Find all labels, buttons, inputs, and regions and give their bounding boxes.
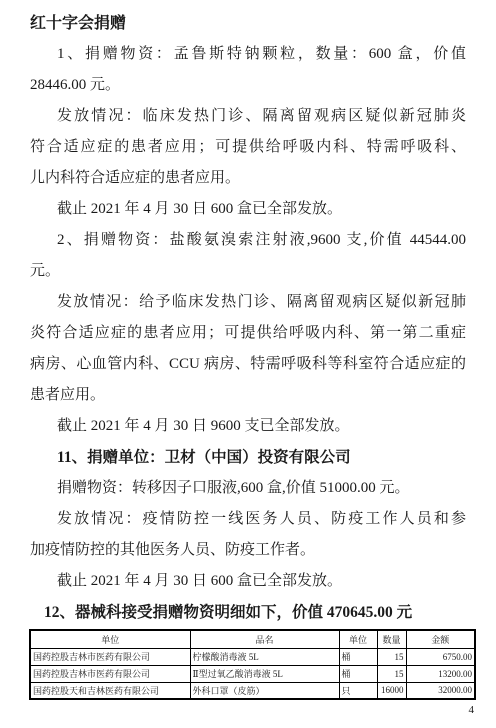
table-cell: 15 (377, 665, 406, 682)
text-line: 2、捐赠物资：盐酸氨溴索注射液,9600 支,价值 44544.00 (30, 225, 466, 256)
table-header-cell: 金额 (406, 630, 475, 648)
item1-deadline: 截止 2021 年 4 月 30 日 600 盒已全部发放。 (30, 194, 466, 225)
table-header-cell: 数量 (377, 630, 406, 648)
text-line: 病房、心血管内科、CCU 病房、特需呼吸科等科室符合适应症的 (30, 349, 466, 380)
item1-donated-goods: 1、捐赠物资：孟鲁斯特钠颗粒，数量：600 盒，价值28446.00 元。 (30, 39, 466, 101)
table-cell: 16000 (377, 682, 406, 699)
table-cell: 外科口罩（皮筋） (190, 682, 339, 699)
text-line: 截止 2021 年 4 月 30 日 600 盒已全部发放。 (30, 194, 466, 225)
text-line: 符合适应症的患者应用；可提供给呼吸内科、特需呼吸科、 (30, 132, 466, 163)
item2-donated-goods: 2、捐赠物资：盐酸氨溴索注射液,9600 支,价值 44544.00元。 (30, 225, 466, 287)
section11-distribution: 发放情况：疫情防控一线医务人员、防疫工作人员和参加疫情防控的其他医务人员、防疫工… (30, 504, 466, 566)
row-citric-disinfectant: 国药控股吉林市医药有限公司柠檬酸消毒液 5L桶156750.00 (30, 648, 475, 665)
text-line: 发放情况：给予临床发热门诊、隔离留观病区疑似新冠肺 (30, 287, 466, 318)
text-line: 儿内科符合适应症的患者应用。 (30, 163, 466, 194)
table-cell: 国药控股吉林市医药有限公司 (30, 665, 190, 682)
donation-table-head: 单位品名单位数量金额 (30, 630, 475, 648)
table-cell: 13200.00 (406, 665, 475, 682)
text-line: 11、捐赠单位：卫材（中国）投资有限公司 (30, 442, 466, 473)
table-cell: 6750.00 (406, 648, 475, 665)
document-page: 红十字会捐赠1、捐赠物资：孟鲁斯特钠颗粒，数量：600 盒，价值28446.00… (0, 0, 496, 728)
section11-deadline: 截止 2021 年 4 月 30 日 600 盒已全部发放。 (30, 566, 466, 597)
table-cell: 只 (339, 682, 377, 699)
text-line: 截止 2021 年 4 月 30 日 600 盒已全部发放。 (30, 566, 466, 597)
section12-heading: 12、器械科接受捐赠物资明细如下，价值 470645.00 元 (30, 597, 466, 628)
section11-donor: 11、捐赠单位：卫材（中国）投资有限公司 (30, 442, 466, 473)
text-line: 12、器械科接受捐赠物资明细如下，价值 470645.00 元 (30, 597, 466, 628)
text-line: 发放情况：疫情防控一线医务人员、防疫工作人员和参 (30, 504, 466, 535)
donation-table-body: 国药控股吉林市医药有限公司柠檬酸消毒液 5L桶156750.00国药控股吉林市医… (30, 648, 475, 699)
table-cell: 国药控股吉林市医药有限公司 (30, 648, 190, 665)
item1-distribution: 发放情况：临床发热门诊、隔离留观病区疑似新冠肺炎符合适应症的患者应用；可提供给呼… (30, 101, 466, 194)
text-line: 截止 2021 年 4 月 30 日 9600 支已全部发放。 (30, 411, 466, 442)
text-line: 28446.00 元。 (30, 70, 466, 101)
donation-table-wrap: 单位品名单位数量金额 国药控股吉林市医药有限公司柠檬酸消毒液 5L桶156750… (0, 629, 496, 700)
table-cell: 15 (377, 648, 406, 665)
table-cell: 桶 (339, 665, 377, 682)
text-line: 发放情况：临床发热门诊、隔离留观病区疑似新冠肺炎 (30, 101, 466, 132)
red-cross-heading: 红十字会捐赠 (30, 8, 466, 39)
text-line: 加疫情防控的其他医务人员、防疫工作者。 (30, 535, 466, 566)
text-line: 患者应用。 (30, 380, 466, 411)
item2-distribution: 发放情况：给予临床发热门诊、隔离留观病区疑似新冠肺炎符合适应症的患者应用；可提供… (30, 287, 466, 411)
row-peracetic-disinfectant: 国药控股吉林市医药有限公司Ⅱ型过氧乙酸消毒液 5L桶1513200.00 (30, 665, 475, 682)
donation-table: 单位品名单位数量金额 国药控股吉林市医药有限公司柠檬酸消毒液 5L桶156750… (29, 629, 476, 700)
text-line: 元。 (30, 256, 466, 287)
table-cell: 柠檬酸消毒液 5L (190, 648, 339, 665)
table-cell: Ⅱ型过氧乙酸消毒液 5L (190, 665, 339, 682)
table-cell: 桶 (339, 648, 377, 665)
item2-deadline: 截止 2021 年 4 月 30 日 9600 支已全部发放。 (30, 411, 466, 442)
text-line: 捐赠物资：转移因子口服液,600 盒,价值 51000.00 元。 (30, 473, 466, 504)
section11-goods: 捐赠物资：转移因子口服液,600 盒,价值 51000.00 元。 (30, 473, 466, 504)
page-number: 4 (0, 703, 496, 717)
text-line: 1、捐赠物资：孟鲁斯特钠颗粒，数量：600 盒，价值 (30, 39, 466, 70)
table-header-row: 单位品名单位数量金额 (30, 630, 475, 648)
table-header-cell: 单位 (339, 630, 377, 648)
table-header-cell: 品名 (190, 630, 339, 648)
table-header-cell: 单位 (30, 630, 190, 648)
document-body: 红十字会捐赠1、捐赠物资：孟鲁斯特钠颗粒，数量：600 盒，价值28446.00… (0, 0, 496, 628)
table-cell: 32000.00 (406, 682, 475, 699)
table-cell: 国药控股天和吉林医药有限公司 (30, 682, 190, 699)
text-line: 炎符合适应症的患者应用；可提供给呼吸内科、第一第二重症 (30, 318, 466, 349)
row-surgical-masks: 国药控股天和吉林医药有限公司外科口罩（皮筋）只1600032000.00 (30, 682, 475, 699)
text-line: 红十字会捐赠 (30, 8, 466, 39)
